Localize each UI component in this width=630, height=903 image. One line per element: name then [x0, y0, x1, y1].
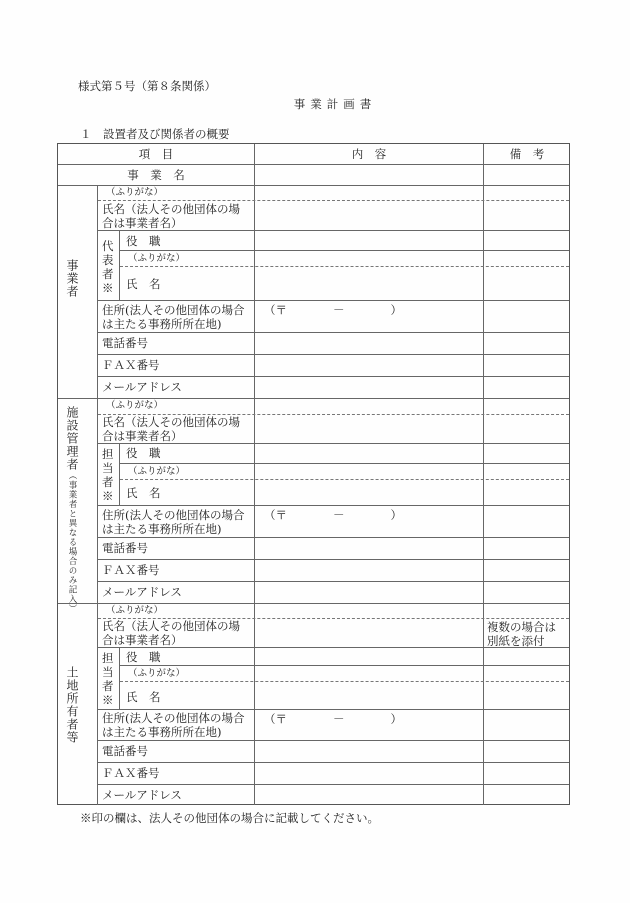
title-field[interactable]: [255, 443, 483, 463]
phone-field[interactable]: [255, 332, 483, 354]
fax-label: ＦＡＸ番号: [102, 766, 160, 780]
contact-person-label: 担当者※: [102, 447, 116, 503]
contact-person-label: 担当者※: [102, 651, 116, 707]
header-content: 内 容: [255, 147, 483, 161]
group-label-business-operator: 事業者: [64, 259, 81, 298]
form-number: 様式第５号（第８条関係）: [78, 78, 216, 94]
email-field[interactable]: [255, 376, 483, 398]
address-label: 住所(法人その他団体の場合は主たる事務所所在地): [102, 303, 245, 331]
email-label: メールアドレス: [102, 380, 182, 394]
representative-label: 代表者※: [102, 239, 116, 295]
business-name-field[interactable]: [255, 165, 483, 185]
overview-table: 項 目 内 容 備 考 事 業 名 事業者 （ふりがな） 氏名（法人その他団体の…: [57, 143, 570, 805]
name-field[interactable]: [255, 185, 483, 230]
title-field[interactable]: [255, 647, 483, 665]
fax-field[interactable]: [255, 559, 483, 581]
name-label: 氏名（法人その他団体の場合は事業者名）: [102, 415, 240, 443]
section-title: １ 設置者及び関係者の概要: [80, 126, 230, 142]
rep-name-field[interactable]: [255, 665, 483, 709]
document-title: 事業計画書: [0, 96, 630, 112]
rep-name-label: 氏 名: [126, 690, 161, 704]
postal-code-field[interactable]: （〒 － ）: [264, 303, 402, 317]
furigana-label: （ふりがな）: [106, 399, 163, 413]
rep-name-label: 氏 名: [126, 277, 161, 291]
postal-code-field[interactable]: （〒 － ）: [264, 508, 402, 522]
name-field[interactable]: [255, 603, 483, 647]
title-label: 役 職: [126, 446, 161, 460]
title-label: 役 職: [126, 234, 161, 248]
rep-name-field[interactable]: [255, 250, 483, 300]
name-field[interactable]: [255, 398, 483, 443]
address-label: 住所(法人その他団体の場合は主たる事務所所在地): [102, 508, 245, 536]
phone-label: 電話番号: [102, 336, 148, 350]
furigana-label: （ふりがな）: [106, 604, 163, 618]
name-label: 氏名（法人その他団体の場合は事業者名）: [102, 619, 240, 647]
phone-field[interactable]: [255, 740, 483, 762]
email-label: メールアドレス: [102, 585, 182, 599]
fax-field[interactable]: [255, 762, 483, 784]
phone-label: 電話番号: [102, 541, 148, 555]
title-field[interactable]: [255, 230, 483, 250]
footnote: ※印の欄は、法人その他団体の場合に記載してください。: [80, 810, 379, 826]
phone-field[interactable]: [255, 537, 483, 559]
furigana-label: （ふりがな）: [106, 186, 163, 200]
rep-name-field[interactable]: [255, 463, 483, 505]
rep-furigana-label: （ふりがな）: [128, 252, 185, 266]
remarks-column-divider: [483, 144, 484, 805]
header-remarks: 備 考: [484, 147, 570, 161]
address-label: 住所(法人その他団体の場合は主たる事務所所在地): [102, 711, 245, 739]
title-label: 役 職: [126, 650, 161, 664]
business-name-label: 事 業 名: [58, 168, 254, 182]
header-item: 項 目: [58, 147, 254, 161]
rep-name-label: 氏 名: [126, 486, 161, 500]
fax-label: ＦＡＸ番号: [102, 563, 160, 577]
rep-furigana-label: （ふりがな）: [128, 667, 185, 681]
phone-label: 電話番号: [102, 744, 148, 758]
email-label: メールアドレス: [102, 788, 182, 802]
email-field[interactable]: [255, 581, 483, 603]
name-label: 氏名（法人その他団体の場合は事業者名）: [102, 202, 240, 230]
rep-furigana-label: （ふりがな）: [128, 465, 185, 479]
email-field[interactable]: [255, 784, 483, 805]
group-label-landowner: 土地所有者等: [64, 666, 81, 744]
remark-multiple-owners: 複数の場合は別紙を添付: [487, 620, 556, 648]
fax-label: ＦＡＸ番号: [102, 358, 160, 372]
fax-field[interactable]: [255, 354, 483, 376]
group-label-facility-manager: 施設管理者（事業者と異なる場合のみ記入）: [64, 406, 81, 614]
postal-code-field[interactable]: （〒 － ）: [264, 712, 402, 726]
